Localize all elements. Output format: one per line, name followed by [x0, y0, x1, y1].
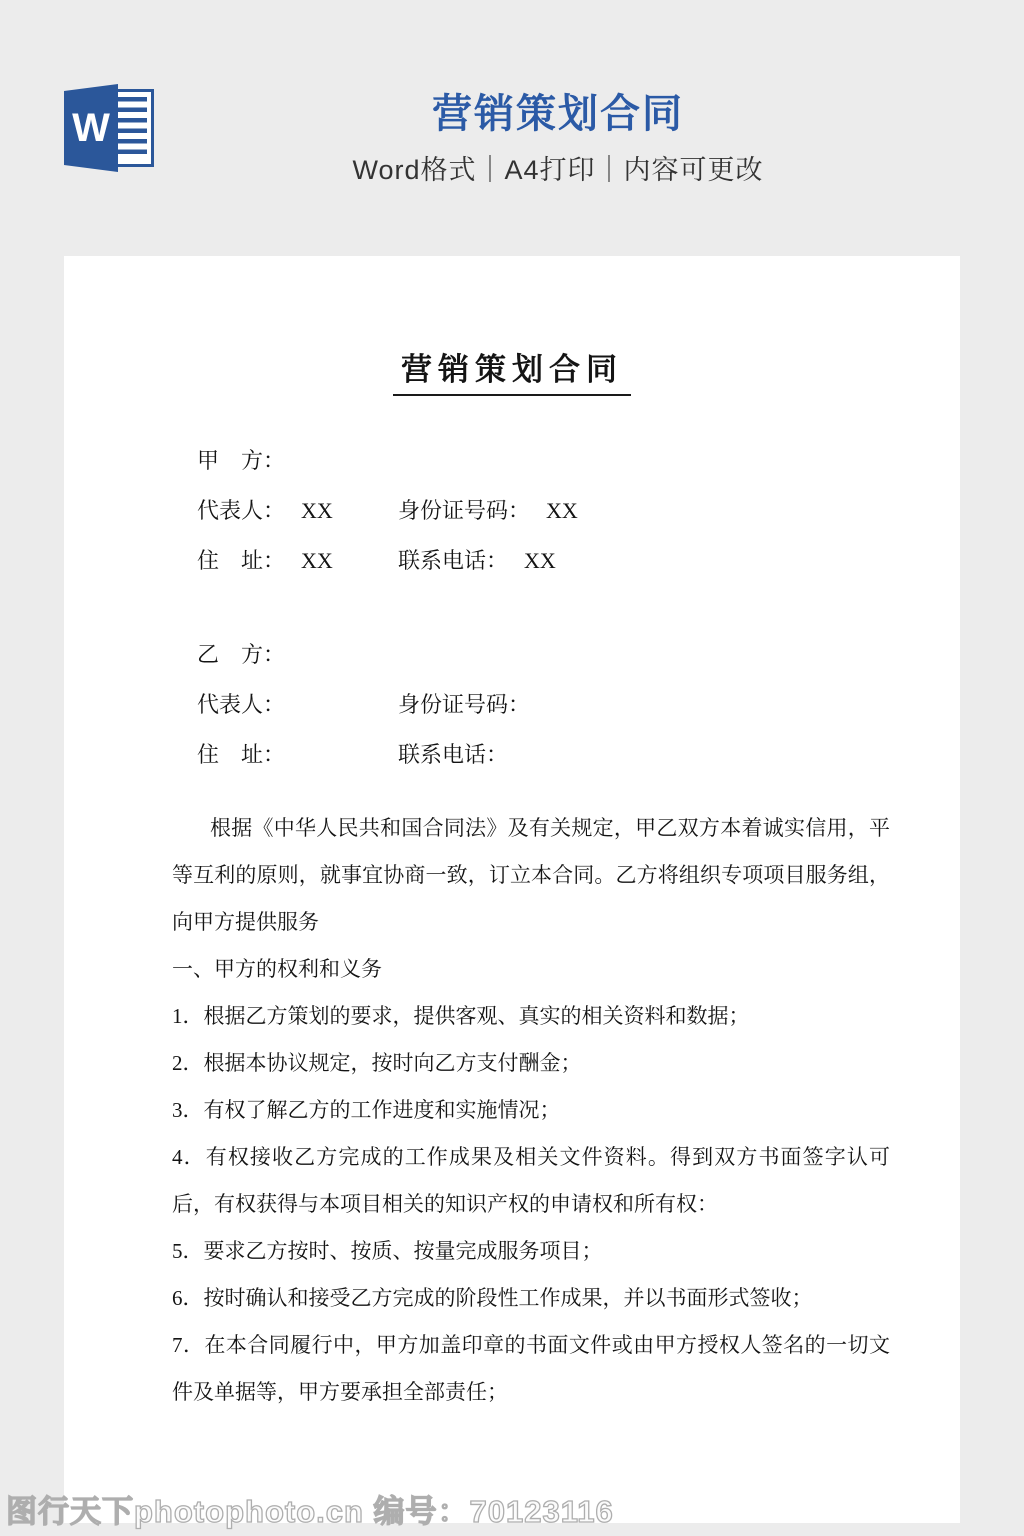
party-a-row: 代表人：XX 身份证号码：XX: [197, 486, 960, 536]
party-a-row: 甲 方：: [197, 436, 960, 486]
header: 营销策划合同 Word格式｜A4打印｜内容可更改: [0, 92, 1024, 187]
clause-item: 7．在本合同履行中，甲方加盖印章的书面文件或由甲方授权人签名的一切文件及单据等，…: [172, 1322, 890, 1416]
document-title: 营销策划合同: [393, 344, 631, 396]
party-a-value: XX: [546, 498, 578, 523]
section-heading: 一、甲方的权利和义务: [172, 946, 890, 993]
party-a-value: XX: [524, 548, 556, 573]
party-b-block: 乙 方： 代表人： 身份证号码： 住 址： 联系电话：: [197, 630, 960, 780]
site-watermark: 图行天下photophoto.cn 编号：70123116: [6, 1486, 614, 1531]
party-b-label: 代表人：: [197, 692, 285, 717]
clause-item: 3．有权了解乙方的工作进度和实施情况；: [172, 1087, 890, 1134]
clause-item: 6．按时确认和接受乙方完成的阶段性工作成果，并以书面形式签收；: [172, 1275, 890, 1322]
intro-paragraph: 根据《中华人民共和国合同法》及有关规定，甲乙双方本着诚实信用，平等互利的原则，就…: [172, 805, 890, 946]
party-b-row: 乙 方：: [197, 630, 960, 680]
clause-item: 1．根据乙方策划的要求，提供客观、真实的相关资料和数据；: [172, 993, 890, 1040]
party-a-value: XX: [301, 498, 333, 523]
party-b-label: 乙 方：: [197, 642, 285, 667]
party-a-label: 甲 方：: [197, 448, 285, 473]
party-b-label: 联系电话：: [398, 742, 508, 767]
clause-item: 5．要求乙方按时、按质、按量完成服务项目；: [172, 1228, 890, 1275]
party-b-label: 身份证号码：: [398, 692, 530, 717]
party-b-label: 住 址：: [197, 742, 285, 767]
contract-body: 根据《中华人民共和国合同法》及有关规定，甲乙双方本着诚实信用，平等互利的原则，就…: [172, 805, 890, 1416]
party-b-row: 住 址： 联系电话：: [197, 730, 960, 780]
template-title: 营销策划合同: [92, 92, 1024, 136]
party-a-row: 住 址：XX 联系电话：XX: [197, 536, 960, 586]
party-a-label: 住 址：: [197, 548, 285, 573]
party-b-row: 代表人： 身份证号码：: [197, 680, 960, 730]
party-a-block: 甲 方： 代表人：XX 身份证号码：XX 住 址：XX 联系电话：XX: [197, 436, 960, 586]
party-a-label: 身份证号码：: [398, 498, 530, 523]
party-a-label: 联系电话：: [398, 548, 508, 573]
clause-item: 2．根据本协议规定，按时向乙方支付酬金；: [172, 1040, 890, 1087]
document-page: 营销策划合同 甲 方： 代表人：XX 身份证号码：XX 住 址：XX 联系电话：…: [64, 256, 960, 1523]
party-a-label: 代表人：: [197, 498, 285, 523]
template-subtitle: Word格式｜A4打印｜内容可更改: [92, 148, 1024, 187]
document-title-wrap: 营销策划合同: [64, 256, 960, 396]
party-a-value: XX: [301, 548, 333, 573]
clause-item: 4．有权接收乙方完成的工作成果及相关文件资料。得到双方书面签字认可后，有权获得与…: [172, 1134, 890, 1228]
